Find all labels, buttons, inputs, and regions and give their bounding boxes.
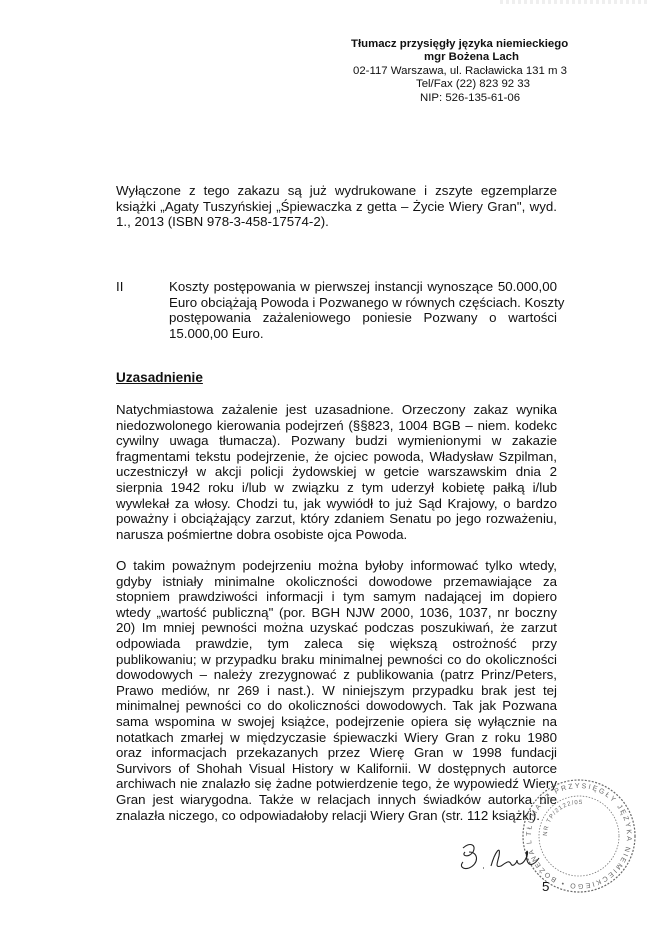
justification-paragraph: Natychmiastowa zażalenie jest uzasadnion… — [116, 402, 557, 542]
text-line: uczestniczył w akcji policji żydowskiej … — [116, 464, 557, 480]
text-line: Euro obciążają Powoda i Pozwanego w równ… — [169, 295, 557, 311]
text-line: sierpnia 1942 roku i/lub w związku z tym… — [116, 480, 557, 496]
text-line: Natychmiastowa zażalenie jest uzasadnion… — [116, 402, 557, 418]
text-line: Gran jest wiarygodna. Także w relacjach … — [116, 792, 557, 808]
justification-heading: Uzasadnienie — [116, 370, 203, 385]
document-page: Tłumacz przysięgły języka niemieckiego m… — [0, 0, 653, 926]
costs-paragraph: Koszty postępowania w pierwszej instancj… — [169, 279, 557, 341]
scan-artifact — [500, 0, 650, 4]
stamp-number-text: NR TP/2122/05 — [543, 800, 583, 836]
text-line: Survivors of Shohah Visual History w Kal… — [116, 761, 557, 777]
text-line: O takim poważnym podejrzeniu można byłob… — [116, 558, 557, 574]
text-line: notatkach zmarłej w międzyczasie śpiewac… — [116, 730, 557, 746]
text-line: wywlekał za włosy. Chodzi tu, jak wywiód… — [116, 496, 557, 512]
text-line: wtedy „wartość publiczną" (por. BGH NJW … — [116, 605, 557, 621]
excluded-copies-paragraph: Wyłączone z tego zakazu są już wydrukowa… — [116, 183, 557, 230]
text-line: oraz informacjach przekazanych przez Wie… — [116, 745, 557, 761]
translator-title: Tłumacz przysięgły języka niemieckiego — [351, 38, 591, 51]
text-line: książki „Agaty Tuszyńskiej „Śpiewaczka z… — [116, 199, 557, 215]
text-line: publikowaniu; w przypadku braku minimaln… — [116, 652, 557, 668]
text-line: fragmentami tekstu podejrzenie, że ojcie… — [116, 449, 557, 465]
text-line: minimalnej pewności co do okoliczności d… — [116, 698, 557, 714]
text-line: postępowania zażaleniowego poniesie Pozw… — [169, 310, 557, 326]
text-line: 15.000,00 Euro. — [169, 326, 557, 342]
suspicion-paragraph: O takim poważnym podejrzeniu można byłob… — [116, 558, 557, 823]
text-line: 20) Im mniej pewności można uzyskać podc… — [116, 620, 557, 636]
section-number: II — [116, 279, 123, 295]
text-line: dowodowych – należy zrezygnować z publik… — [116, 667, 557, 683]
text-line: stopniem prawdziwości informacji i tym s… — [116, 589, 557, 605]
signature — [455, 838, 545, 878]
text-line: 1., 2013 (ISBN 978-3-458-17574-2). — [116, 214, 557, 230]
translator-phone: Tel/Fax (22) 823 92 33 — [351, 78, 591, 91]
translator-address: 02-117 Warszawa, ul. Racławicka 131 m 3 — [351, 65, 591, 78]
text-line: znalazła niczego, co odpowiadałoby relac… — [116, 808, 557, 824]
text-line: Koszty postępowania w pierwszej instancj… — [169, 279, 557, 295]
text-line: cywilny uwaga tłumacza). Pozwany budzi w… — [116, 433, 557, 449]
translator-name: mgr Bożena Lach — [351, 51, 591, 64]
page-number: 5 — [542, 879, 549, 894]
text-line: narusza pośmiertne dobra osobiste ojca P… — [116, 527, 557, 543]
text-line: niedozwolonego kierowania podejrzeń (§§8… — [116, 418, 557, 434]
text-line: Prawo mediów, nr 269 i nast.). W niniejs… — [116, 683, 557, 699]
text-line: archiwach nie znalazło się żadne potwier… — [116, 776, 557, 792]
translator-header: Tłumacz przysięgły języka niemieckiego m… — [351, 38, 591, 105]
text-line: odpowiada prawdzie, tym zaleca się więks… — [116, 636, 557, 652]
svg-text:NR TP/2122/05: NR TP/2122/05 — [543, 800, 583, 836]
text-line: gdyby istniały minimalne okoliczności do… — [116, 574, 557, 590]
text-line: poważny i obciążający zarzut, który zdan… — [116, 511, 557, 527]
text-line: sama wspomina w swojej książce, podejrze… — [116, 714, 557, 730]
text-line: Wyłączone z tego zakazu są już wydrukowa… — [116, 183, 557, 199]
translator-nip: NIP: 526-135-61-06 — [351, 92, 591, 105]
